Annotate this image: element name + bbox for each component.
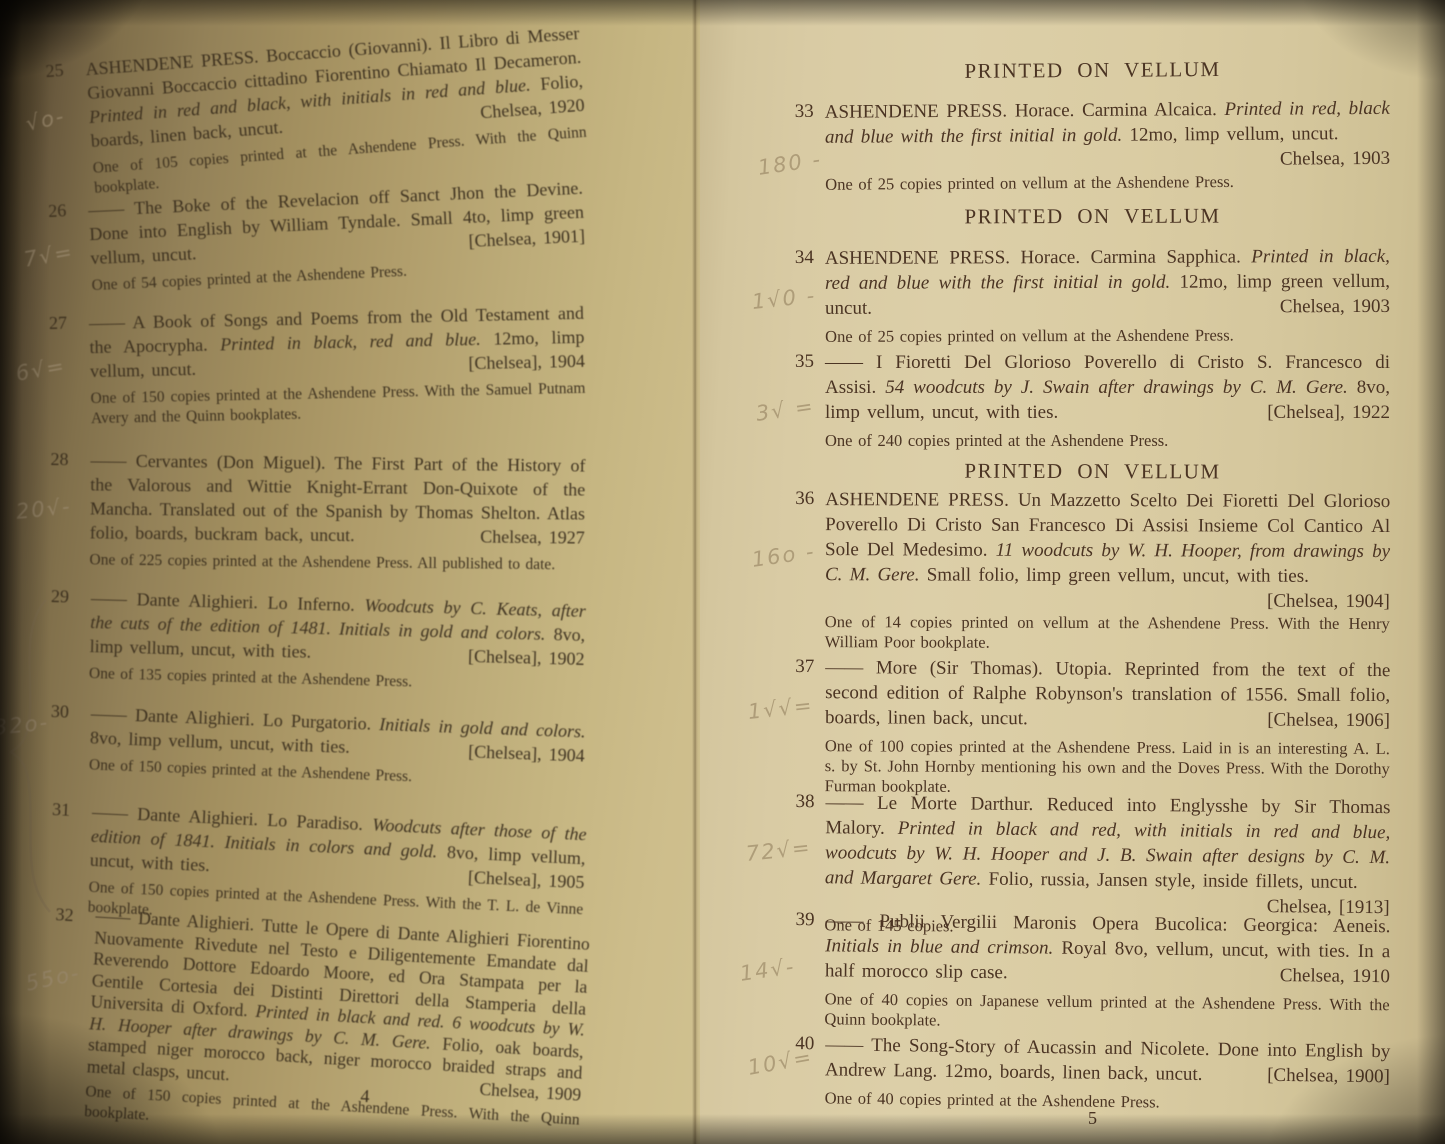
entry-number: 26	[48, 200, 67, 222]
entry-note: One of 25 copies printed on vellum at th…	[825, 325, 1390, 347]
entry-body: ASHENDENE PRESS. Un Mazzetto Scelto Dei …	[825, 487, 1390, 589]
entry-imprint: [Chelsea], 1902	[450, 643, 585, 671]
catalog-entry-27: 27 —— A Book of Songs and Poems from the…	[49, 301, 591, 430]
entry-body: ASHENDENE PRESS. Horace. Carmina Alcaica…	[825, 96, 1390, 150]
entry-text: —— Dante Alighieri. Lo Paradiso. Woodcut…	[89, 802, 587, 875]
entry-number: 34	[795, 247, 814, 269]
entry-body: —— Cervantes (Don Miguel). The First Par…	[90, 448, 586, 549]
entry-note: One of 240 copies printed at the Ashende…	[825, 431, 1390, 451]
catalog-entry-36: 36 ASHENDENE PRESS. Un Mazzetto Scelto D…	[795, 487, 1391, 654]
entry-text: —— Le Morte Darthur. Reduced into Englys…	[825, 792, 1391, 893]
entry-note: One of 100 copies printed at the Ashende…	[825, 736, 1390, 799]
entry-note: One of 14 copies printed on vellum at th…	[825, 612, 1390, 654]
left-page: 25 ASHENDENE PRESS. Boccaccio (Giovanni)…	[0, 0, 700, 1144]
catalog-entry-29: 29 —— Dante Alighieri. Lo Inferno. Woodc…	[49, 585, 591, 697]
section-heading-vellum-3: PRINTED ON VELLUM	[795, 458, 1390, 485]
section-heading-vellum-1: PRINTED ON VELLUM	[795, 56, 1390, 85]
entry-imprint: Chelsea, 1910	[1262, 963, 1390, 989]
entry-text: —— Dante Alighieri. Tutte le Opere di Da…	[86, 905, 590, 1083]
catalog-entry-34: 34 ASHENDENE PRESS. Horace. Carmina Sapp…	[795, 244, 1390, 347]
entry-number: 35	[795, 351, 814, 373]
entry-imprint: Chelsea, 1903	[1262, 146, 1390, 172]
entry-note: One of 40 copies on Japanese vellum prin…	[824, 989, 1389, 1035]
entry-imprint: [Chelsea], 1922	[1249, 400, 1390, 425]
entry-note: One of 25 copies printed on vellum at th…	[825, 171, 1390, 195]
entry-number: 27	[49, 313, 67, 334]
catalog-entry-33: 33 ASHENDENE PRESS. Horace. Carmina Alca…	[795, 96, 1391, 195]
page-number-right: 5	[795, 1108, 1390, 1129]
entry-note: One of 225 copies printed at the Ashende…	[89, 550, 584, 575]
entry-imprint: [Chelsea, 1901]	[450, 224, 585, 254]
entry-body: ASHENDENE PRESS. Horace. Carmina Sapphic…	[825, 244, 1390, 321]
entry-imprint: [Chelsea, 1906]	[1249, 707, 1390, 733]
entry-body: —— Le Morte Darthur. Reduced into Englys…	[825, 790, 1391, 895]
catalog-photo: 25 ASHENDENE PRESS. Boccaccio (Giovanni)…	[0, 0, 1445, 1144]
entry-imprint: [Chelsea], 1904	[450, 349, 585, 376]
entry-body: —— A Book of Songs and Poems from the Ol…	[89, 301, 585, 383]
entry-imprint: Chelsea, 1903	[1262, 294, 1390, 319]
entry-imprint: Chelsea, 1927	[462, 524, 585, 549]
entry-text: ASHENDENE PRESS. Un Mazzetto Scelto Dei …	[825, 489, 1390, 587]
margin-brace	[4, 596, 56, 916]
entry-number: 32	[55, 904, 74, 926]
entry-number: 36	[795, 488, 814, 510]
section-heading-vellum-2: PRINTED ON VELLUM	[795, 203, 1390, 230]
catalog-entry-40: 40 —— The Song-Story of Aucassin and Nic…	[795, 1032, 1391, 1115]
entry-body: —— Dante Alighieri. Lo Inferno. Woodcuts…	[89, 586, 586, 671]
entry-note: One of 150 copies printed at the Ashende…	[90, 379, 586, 429]
entry-imprint: [Chelsea, 1904]	[1249, 589, 1390, 614]
entry-imprint: [Chelsea], 1904	[450, 739, 585, 768]
entry-number: 33	[795, 101, 814, 123]
entry-number: 25	[45, 60, 64, 82]
entry-body: —— I Fioretti Del Glorioso Poverello di …	[825, 350, 1390, 425]
entry-imprint: [Chelsea, 1900]	[1249, 1063, 1390, 1090]
catalog-entry-28: 28 —— Cervantes (Don Miguel). The First …	[49, 448, 590, 576]
entry-body: —— Publii Vergilii Maronis Opera Bucolic…	[825, 908, 1391, 989]
entry-body: —— Dante Alighieri. Lo Paradiso. Woodcut…	[89, 800, 587, 894]
gutter-crease	[692, 0, 699, 1144]
catalog-entry-37: 37 —— More (Sir Thomas). Utopia. Reprint…	[795, 655, 1391, 799]
entry-text: ASHENDENE PRESS. Horace. Carmina Alcaica…	[825, 98, 1390, 148]
entry-body: —— The Song-Story of Aucassin and Nicole…	[825, 1032, 1391, 1089]
catalog-entry-35: 35 —— I Fioretti Del Glorioso Poverello …	[795, 350, 1390, 451]
entry-number: 28	[50, 449, 68, 470]
entry-number: 37	[795, 656, 814, 678]
entry-body: —— More (Sir Thomas). Utopia. Reprinted …	[825, 655, 1390, 733]
catalog-entry-30: 30 —— Dante Alighieri. Lo Purgatorio. In…	[49, 700, 591, 794]
catalog-entry-39: 39 —— Publii Vergilii Maronis Opera Buco…	[794, 908, 1390, 1035]
entry-number: 38	[795, 791, 814, 813]
entry-imprint: [Chelsea], 1905	[450, 864, 585, 894]
catalog-entry-25: 25 ASHENDENE PRESS. Boccaccio (Giovanni)…	[45, 21, 594, 202]
entry-number: 39	[795, 909, 814, 931]
